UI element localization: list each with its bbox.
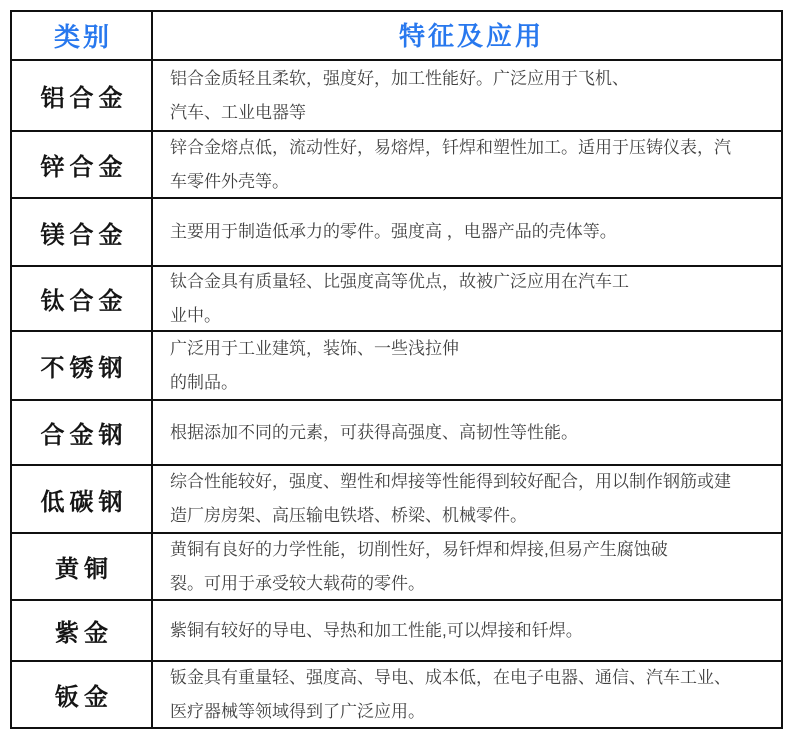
header-category-label: 类别 (51, 17, 112, 54)
category-cell: 铝合金 (12, 61, 153, 130)
header-features-label: 特征及应用 (399, 23, 544, 49)
category-label: 锌合金 (36, 147, 128, 182)
category-label: 钣金 (50, 677, 113, 712)
metals-table: 类别 特征及应用 铝合金 铝合金质轻且柔软，强度好，加工性能好。广泛应用于飞机、… (10, 10, 783, 729)
description-text: 综合性能较好，强度、塑性和焊接等性能得到较好配合，用以制作钢筋或建 造厂房房架、… (170, 466, 731, 532)
table-row: 合金钢 根据添加不同的元素，可获得高强度、高韧性等性能。 (12, 399, 781, 464)
table-row: 低碳钢 综合性能较好，强度、塑性和焊接等性能得到较好配合，用以制作钢筋或建 造厂… (12, 464, 781, 532)
category-label: 镁合金 (36, 215, 128, 250)
table-row: 钛合金 钛合金具有质量轻、比强度高等优点，故被广泛应用在汽车工 业中。 (12, 265, 781, 330)
description-cell: 铝合金质轻且柔软，强度好，加工性能好。广泛应用于飞机、 汽车、工业电器等 (153, 61, 781, 130)
description-text: 主要用于制造低承力的零件。强度高 ，电器产品的壳体等。 (170, 215, 617, 249)
category-label: 黄铜 (50, 549, 113, 584)
category-label: 合金钢 (36, 415, 128, 450)
category-cell: 合金钢 (12, 401, 153, 464)
table-row: 镁合金 主要用于制造低承力的零件。强度高 ，电器产品的壳体等。 (12, 197, 781, 265)
category-cell: 钛合金 (12, 267, 153, 330)
description-cell: 主要用于制造低承力的零件。强度高 ，电器产品的壳体等。 (153, 199, 781, 265)
description-cell: 综合性能较好，强度、塑性和焊接等性能得到较好配合，用以制作钢筋或建 造厂房房架、… (153, 466, 781, 532)
description-cell: 广泛用于工业建筑，装饰、一些浅拉伸 的制品。 (153, 332, 781, 399)
table-row: 锌合金 锌合金熔点低，流动性好，易熔焊，钎焊和塑性加工。适用于压铸仪表，汽 车零… (12, 130, 781, 197)
description-cell: 紫铜有较好的导电、导热和加工性能,可以焊接和钎焊。 (153, 601, 781, 660)
description-text: 根据添加不同的元素，可获得高强度、高韧性等性能。 (170, 416, 578, 450)
description-cell: 根据添加不同的元素，可获得高强度、高韧性等性能。 (153, 401, 781, 464)
category-label: 钛合金 (36, 281, 128, 316)
table-row: 钣金 钣金具有重量轻、强度高、导电、成本低，在电子电器、通信、汽车工业、 医疗器… (12, 660, 781, 727)
description-cell: 钣金具有重量轻、强度高、导电、成本低，在电子电器、通信、汽车工业、 医疗器械等领… (153, 662, 781, 727)
category-cell: 紫金 (12, 601, 153, 660)
table-row: 黄铜 黄铜有良好的力学性能，切削性好，易钎焊和焊接,但易产生腐蚀破 裂。可用于承… (12, 532, 781, 599)
description-text: 钛合金具有质量轻、比强度高等优点，故被广泛应用在汽车工 业中。 (170, 267, 629, 330)
category-cell: 钣金 (12, 662, 153, 727)
header-features-cell: 特征及应用 (153, 12, 781, 59)
category-label: 紫金 (50, 613, 113, 648)
category-cell: 黄铜 (12, 534, 153, 599)
category-cell: 低碳钢 (12, 466, 153, 532)
table-header-row: 类别 特征及应用 (12, 12, 781, 59)
description-cell: 黄铜有良好的力学性能，切削性好，易钎焊和焊接,但易产生腐蚀破 裂。可用于承受较大… (153, 534, 781, 599)
description-text: 黄铜有良好的力学性能，切削性好，易钎焊和焊接,但易产生腐蚀破 裂。可用于承受较大… (170, 534, 668, 599)
category-label: 不锈钢 (36, 348, 128, 383)
table-row: 不锈钢 广泛用于工业建筑，装饰、一些浅拉伸 的制品。 (12, 330, 781, 399)
category-cell: 不锈钢 (12, 332, 153, 399)
description-text: 钣金具有重量轻、强度高、导电、成本低，在电子电器、通信、汽车工业、 医疗器械等领… (170, 662, 731, 727)
description-text: 紫铜有较好的导电、导热和加工性能,可以焊接和钎焊。 (170, 614, 583, 648)
description-text: 广泛用于工业建筑，装饰、一些浅拉伸 的制品。 (170, 332, 459, 399)
table-row: 紫金 紫铜有较好的导电、导热和加工性能,可以焊接和钎焊。 (12, 599, 781, 660)
description-cell: 锌合金熔点低，流动性好，易熔焊，钎焊和塑性加工。适用于压铸仪表，汽 车零件外壳等… (153, 132, 781, 197)
table-row: 铝合金 铝合金质轻且柔软，强度好，加工性能好。广泛应用于飞机、 汽车、工业电器等 (12, 59, 781, 130)
category-cell: 镁合金 (12, 199, 153, 265)
description-cell: 钛合金具有质量轻、比强度高等优点，故被广泛应用在汽车工 业中。 (153, 267, 781, 330)
category-cell: 锌合金 (12, 132, 153, 197)
header-category-cell: 类别 (12, 12, 153, 59)
description-text: 铝合金质轻且柔软，强度好，加工性能好。广泛应用于飞机、 汽车、工业电器等 (170, 62, 629, 130)
category-label: 低碳钢 (36, 482, 128, 517)
category-label: 铝合金 (36, 78, 128, 113)
description-text: 锌合金熔点低，流动性好，易熔焊，钎焊和塑性加工。适用于压铸仪表，汽 车零件外壳等… (170, 132, 731, 197)
